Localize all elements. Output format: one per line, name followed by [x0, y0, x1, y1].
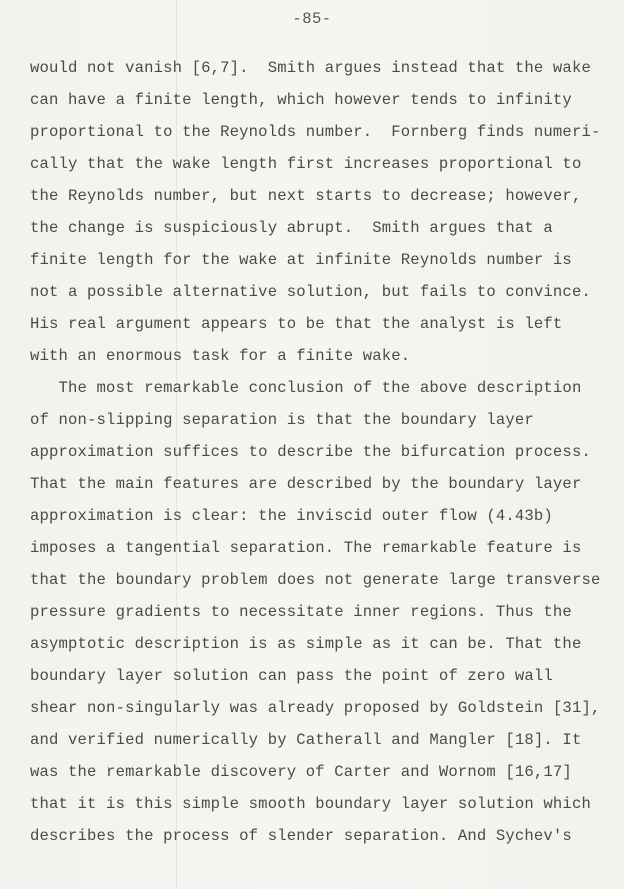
- text-line: imposes a tangential separation. The rem…: [30, 534, 620, 566]
- text-line: cally that the wake length first increas…: [30, 150, 620, 182]
- text-line: would not vanish [6,7]. Smith argues ins…: [30, 54, 620, 86]
- text-line: not a possible alternative solution, but…: [30, 278, 620, 310]
- text-line: describes the process of slender separat…: [30, 822, 620, 854]
- text-line: boundary layer solution can pass the poi…: [30, 662, 620, 694]
- text-line: pressure gradients to necessitate inner …: [30, 598, 620, 630]
- text-line: proportional to the Reynolds number. For…: [30, 118, 620, 150]
- text-line: and verified numerically by Catherall an…: [30, 726, 620, 758]
- text-line: with an enormous task for a finite wake.: [30, 342, 620, 374]
- text-line: His real argument appears to be that the…: [30, 310, 620, 342]
- text-line: can have a finite length, which however …: [30, 86, 620, 118]
- text-line: finite length for the wake at infinite R…: [30, 246, 620, 278]
- text-line: approximation suffices to describe the b…: [30, 438, 620, 470]
- text-line: of non-slipping separation is that the b…: [30, 406, 620, 438]
- text-line: that the boundary problem does not gener…: [30, 566, 620, 598]
- text-line: That the main features are described by …: [30, 470, 620, 502]
- text-line: the change is suspiciously abrupt. Smith…: [30, 214, 620, 246]
- text-line: was the remarkable discovery of Carter a…: [30, 758, 620, 790]
- text-line: approximation is clear: the inviscid out…: [30, 502, 620, 534]
- text-line: asymptotic description is as simple as i…: [30, 630, 620, 662]
- body-text: would not vanish [6,7]. Smith argues ins…: [30, 54, 620, 854]
- document-page: -85- would not vanish [6,7]. Smith argue…: [0, 0, 624, 889]
- text-line: the Reynolds number, but next starts to …: [30, 182, 620, 214]
- text-line: The most remarkable conclusion of the ab…: [30, 374, 620, 406]
- text-line: that it is this simple smooth boundary l…: [30, 790, 620, 822]
- text-line: shear non-singularly was already propose…: [30, 694, 620, 726]
- page-number: -85-: [0, 10, 624, 28]
